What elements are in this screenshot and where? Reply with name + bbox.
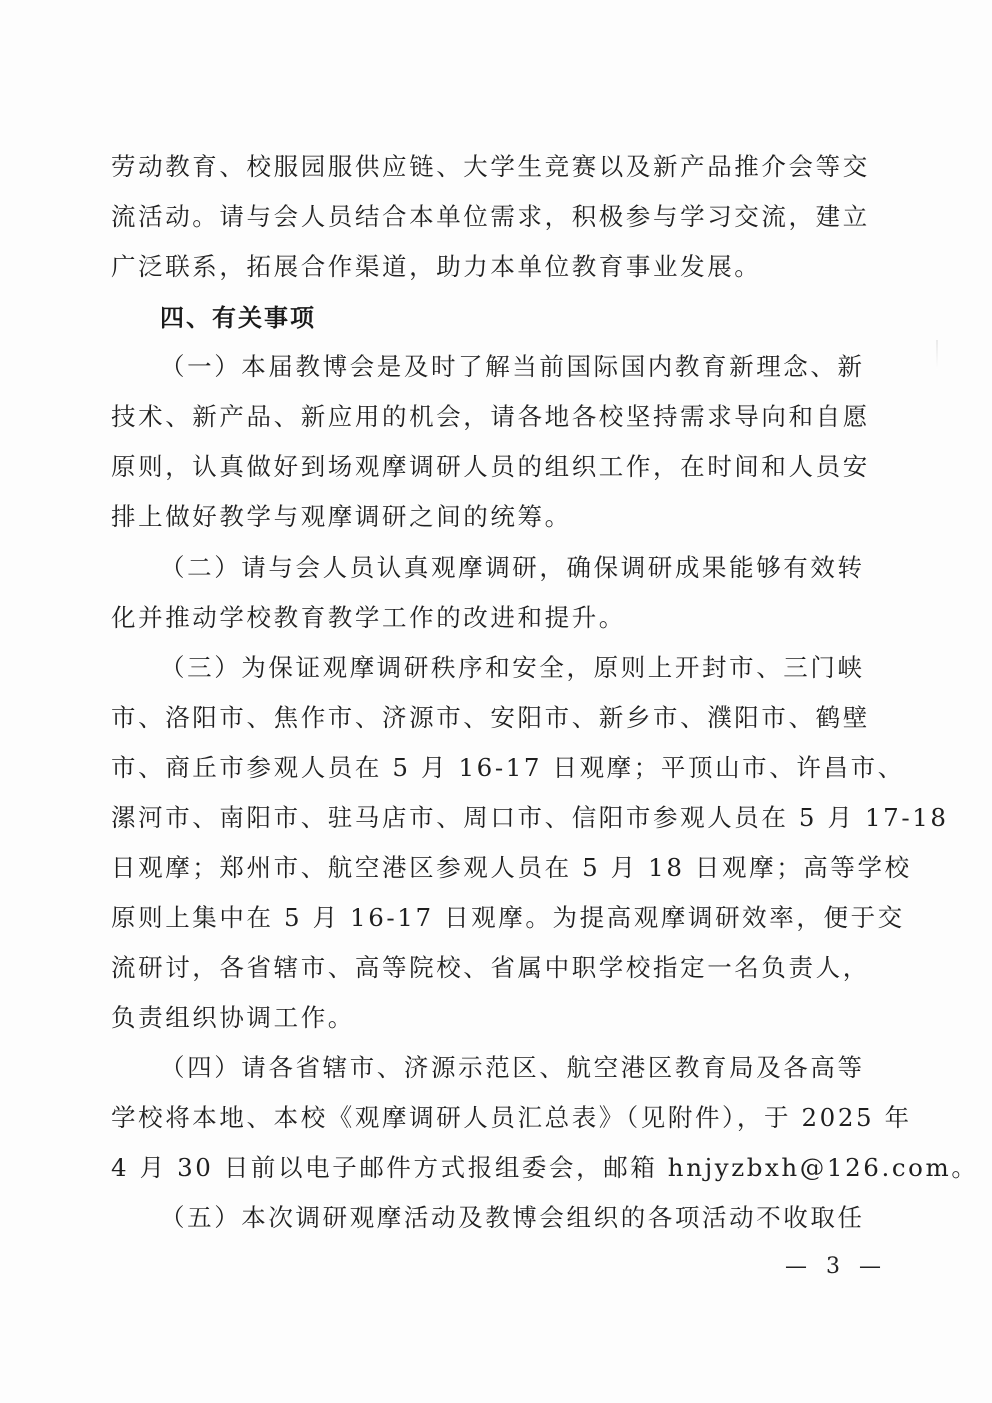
item-3-line: （三）为保证观摩调研秩序和安全，原则上开封市、三门峡 (160, 653, 881, 683)
item-5-line: （五）本次调研观摩活动及教博会组织的各项活动不收取任 (160, 1203, 881, 1233)
item-4-line: （四）请各省辖市、济源示范区、航空港区教育局及各高等 (160, 1053, 881, 1083)
item-3-line: 市、洛阳市、焦作市、济源市、安阳市、新乡市、濮阳市、鹤壁 (111, 703, 881, 733)
item-4-line: 4 月 30 日前以电子邮件方式报组委会，邮箱 hnjyzbxh@126.com… (111, 1153, 881, 1183)
paragraph-line: 流活动。请与会人员结合本单位需求，积极参与学习交流，建立 (111, 202, 881, 232)
section-heading: 四、有关事项 (160, 303, 316, 333)
paragraph-line: 劳动教育、校服园服供应链、大学生竞赛以及新产品推介会等交 (111, 152, 881, 182)
scan-artifact (936, 340, 938, 370)
item-3-line: 负责组织协调工作。 (111, 1003, 881, 1033)
item-3-line: 日观摩；郑州市、航空港区参观人员在 5 月 18 日观摩；高等学校 (111, 853, 881, 883)
paragraph-line: 广泛联系，拓展合作渠道，助力本单位教育事业发展。 (111, 252, 881, 282)
item-1-line: （一）本届教博会是及时了解当前国际国内教育新理念、新 (160, 352, 881, 382)
item-3-line: 原则上集中在 5 月 16-17 日观摩。为提高观摩调研效率，便于交 (111, 903, 881, 933)
item-3-line: 市、商丘市参观人员在 5 月 16-17 日观摩；平顶山市、许昌市、 (111, 753, 881, 783)
item-1-line: 技术、新产品、新应用的机会，请各地各校坚持需求导向和自愿 (111, 402, 881, 432)
item-1-line: 原则，认真做好到场观摩调研人员的组织工作，在时间和人员安 (111, 452, 881, 482)
item-2-line: 化并推动学校教育教学工作的改进和提升。 (111, 603, 881, 633)
item-4-line: 学校将本地、本校《观摩调研人员汇总表》（见附件），于 2025 年 (111, 1103, 881, 1133)
page-number: — 3 — (785, 1252, 887, 1282)
document-page: 劳动教育、校服园服供应链、大学生竞赛以及新产品推介会等交 流活动。请与会人员结合… (0, 0, 992, 1403)
item-3-line: 流研讨，各省辖市、高等院校、省属中职学校指定一名负责人， (111, 953, 881, 983)
item-1-line: 排上做好教学与观摩调研之间的统筹。 (111, 502, 881, 532)
item-3-line: 漯河市、南阳市、驻马店市、周口市、信阳市参观人员在 5 月 17-18 (111, 803, 881, 833)
item-2-line: （二）请与会人员认真观摩调研，确保调研成果能够有效转 (160, 553, 881, 583)
